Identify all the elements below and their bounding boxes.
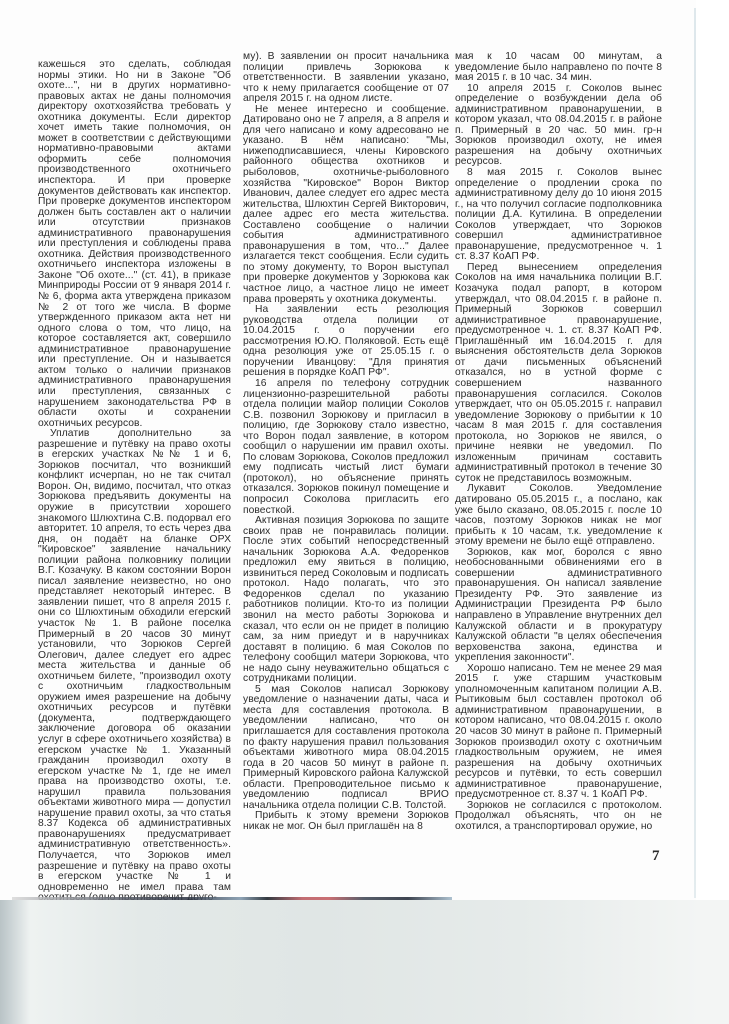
page-number: 7 [652, 848, 660, 865]
page-edge-divider [694, 8, 696, 898]
text-column-2: му). В заявлении он просит начальника по… [243, 52, 449, 832]
paragraph: Зорюков, как мог, боролся с явно необосн… [455, 548, 662, 664]
paragraph: мая к 10 часам 00 минутам, а уведомление… [455, 52, 662, 84]
paragraph: кажешься это сделать, соблюдая нормы эти… [38, 60, 231, 429]
paragraph: 10 апреля 2015 г. Соколов вынес определе… [455, 84, 662, 168]
paragraph: Не менее интересно и сообщение. Датирова… [243, 105, 449, 305]
paragraph: Зорюков не согласился с протоколом. Прод… [455, 801, 662, 833]
paragraph: Уплатив дополнительно за разрешение и пу… [38, 429, 231, 904]
paragraph: Прибыть к этому времени Зорюков никак не… [243, 811, 449, 832]
paragraph: На заявлении есть резолюция руководства … [243, 305, 449, 379]
paragraph: Лукавит Соколов. Уведомление датировано … [455, 484, 662, 547]
paragraph: Активная позиция Зорюкова по защите свои… [243, 516, 449, 685]
magazine-page: кажешься это сделать, соблюдая нормы эти… [0, 0, 696, 900]
text-column-1: кажешься это сделать, соблюдая нормы эти… [38, 60, 231, 904]
paragraph: му). В заявлении он просит начальника по… [243, 52, 449, 105]
paragraph: 8 мая 2015 г. Соколов вынес определение … [455, 168, 662, 263]
text-column-3: мая к 10 часам 00 минутам, а уведомление… [455, 52, 662, 832]
paragraph: 16 апреля по телефону сотрудник лицензио… [243, 379, 449, 516]
paragraph: 5 мая Соколов написал Зорюкову уведомлен… [243, 685, 449, 812]
scan-background [0, 900, 729, 1024]
paragraph: Хорошо написано. Тем не менее 29 мая 201… [455, 664, 662, 801]
paragraph: Перед вынесением определения Соколов на … [455, 263, 662, 484]
